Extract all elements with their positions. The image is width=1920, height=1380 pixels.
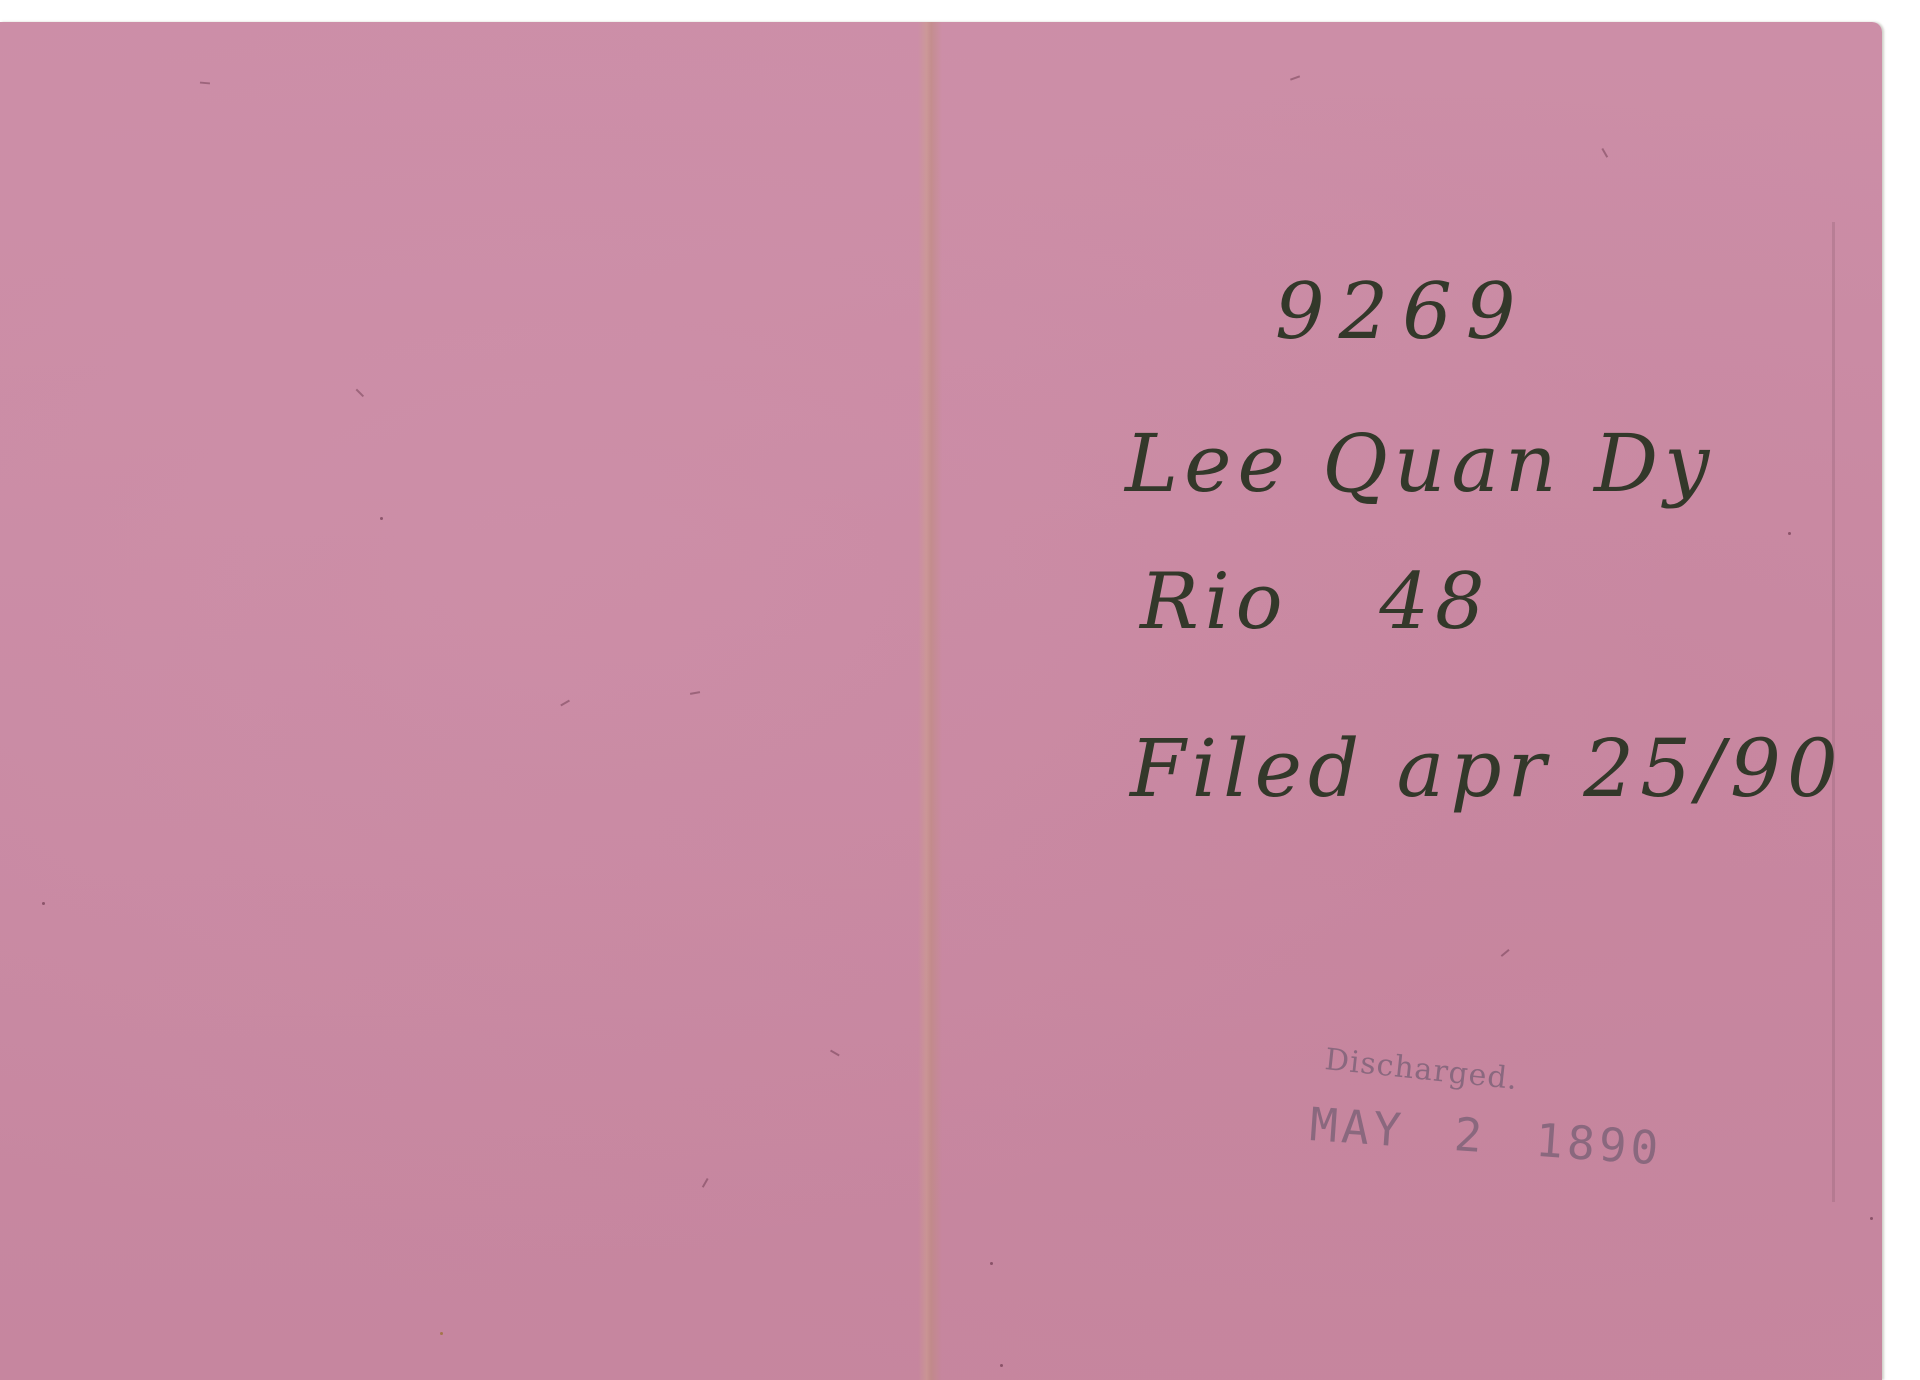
stamp-label: Discharged. bbox=[1323, 1042, 1520, 1097]
paper-sheet: 9269 Lee Quan Dy Rio 48 Filed apr 25/90 … bbox=[0, 22, 1882, 1380]
paper-speck bbox=[1788, 532, 1791, 535]
person-name: Lee Quan Dy bbox=[1125, 417, 1715, 510]
paper-fiber bbox=[690, 691, 700, 694]
right-crease bbox=[1832, 222, 1835, 1202]
paper-fiber bbox=[830, 1050, 839, 1056]
paper-fiber bbox=[702, 1178, 708, 1187]
vessel-and-number: Rio 48 bbox=[1140, 557, 1491, 647]
paper-fiber bbox=[200, 82, 210, 84]
paper-fiber bbox=[560, 700, 569, 706]
stamp-date: MAY 2 1890 bbox=[1308, 1097, 1664, 1175]
paper-speck bbox=[990, 1262, 993, 1265]
paper-fiber bbox=[1602, 148, 1608, 157]
paper-fiber bbox=[356, 389, 364, 397]
paper-speck bbox=[1000, 1364, 1003, 1367]
paper-speck bbox=[42, 902, 45, 905]
filed-date: Filed apr 25/90 bbox=[1130, 722, 1844, 815]
paper-speck bbox=[440, 1332, 443, 1335]
paper-speck bbox=[1870, 1217, 1873, 1220]
paper-fiber bbox=[1290, 75, 1300, 80]
paper-fiber bbox=[1501, 949, 1510, 957]
case-number: 9269 bbox=[1275, 267, 1530, 357]
paper-speck bbox=[380, 517, 383, 520]
center-fold bbox=[918, 22, 942, 1380]
